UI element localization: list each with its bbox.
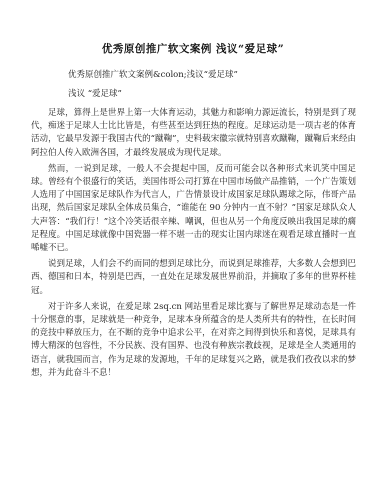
- document-page: 优秀原创推广软文案例 浅议“爱足球” 优秀原创推广软文案例&colon;浅议“爱…: [0, 0, 386, 500]
- document-title: 优秀原创推广软文案例 浅议“爱足球”: [18, 43, 368, 56]
- subtitle-line-2: 浅议 “爱足球”: [68, 88, 356, 100]
- subtitle-line-1: 优秀原创推广软文案例&colon;浅议“爱足球”: [68, 69, 356, 81]
- paragraph-origin-of-football: 足球，算得上是世界上第一大体育运动，其魅力和影响力源远流长，特别是到了现代，痴迷…: [31, 107, 356, 160]
- paragraph-world-football-powers: 说到足球，人们会不约而同的想到足球比分，而说到足球推荐，大多数人会想到巴西、德国…: [31, 258, 356, 298]
- paragraph-aizuqiu-website-promo: 对于许多人来说，在爱足球 2sq.cn 网站里看足球比赛与了解世界足球动态是一件…: [31, 301, 356, 380]
- paragraph-china-football-joke: 然而，一说到足球，一般人不会提起中国，反而可能会以各种形式来讥笑中国足球。曾经有…: [31, 163, 356, 255]
